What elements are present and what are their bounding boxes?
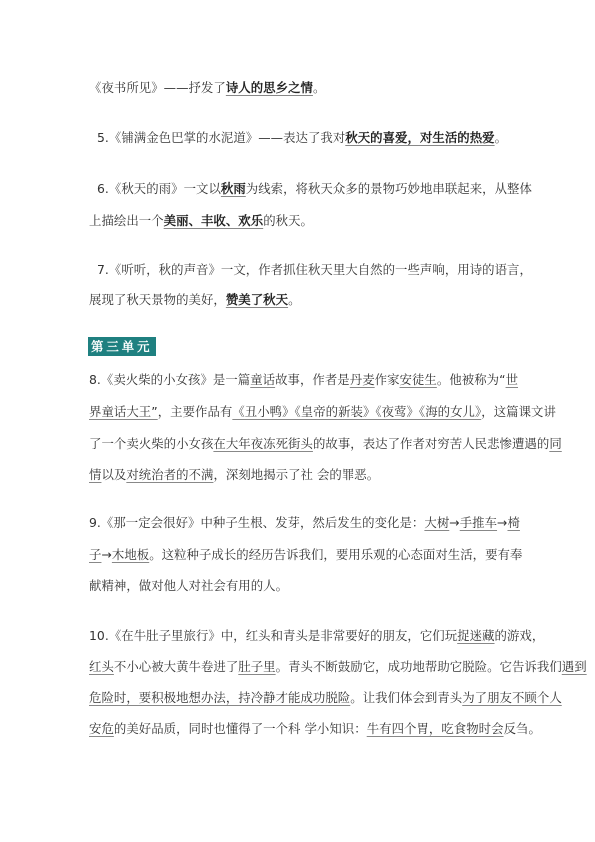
item-10-line-2: 红头不小心被大黄牛卷进了肚子里。青头不断鼓励它，成功地帮助它脱险。它告诉我们遇到 <box>89 659 587 675</box>
text: 。青头不断鼓励它，成功地帮助它脱险。它告诉我们 <box>276 659 562 674</box>
arrow-icon: → <box>101 547 111 562</box>
item-9-line-3: 献精神，做对他人对社会有用的人。 <box>89 578 288 594</box>
key-phrase: 对统治者的不满 <box>126 467 213 482</box>
key-phrase: 牛有四个胃，吃食物时会 <box>367 721 504 736</box>
text: 。这粒种子成长的经历告诉我们，要用乐观的心态面对生活，要有奉 <box>149 547 522 562</box>
key-phrase: 遇到 <box>562 659 587 674</box>
text: 7.《听听，秋的声音》一文，作者抓住秋天里大自然的一些声响，用诗的语言， <box>97 262 532 277</box>
text: 反刍。 <box>504 721 541 736</box>
item-8-line-4: 情以及对统治者的不满，深刻地揭示了社 会的罪恶。 <box>89 467 379 483</box>
key-phrase: 在大年夜冻死街头 <box>213 436 313 451</box>
key-phrase: 为了朋友不顾个人 <box>462 690 562 705</box>
text: 。 <box>495 130 507 145</box>
item-7-line-2: 展现了秋天景物的美好，赞美了秋天。 <box>89 292 301 308</box>
key-phrase: 同 <box>549 436 561 451</box>
key-phrase: 丹麦 <box>350 372 375 387</box>
key-phrase: 危险时，要积极地想办法，持冷静才能成功脱险 <box>89 690 350 705</box>
key-phrase: 手推车 <box>460 515 497 530</box>
key-phrase: 秋雨 <box>221 181 246 196</box>
key-phrase: 肚子里 <box>238 659 275 674</box>
key-phrase: 情 <box>89 467 101 482</box>
key-phrase: 美丽、丰收、欢乐 <box>164 213 264 228</box>
text: 。让我们体会到青头 <box>350 690 462 705</box>
key-phrase: 童话 <box>250 372 275 387</box>
item-9-line-1: 9.《那一定会很好》中种子生根、发芽，然后发生的变化是：大树→手推车→椅 <box>89 515 520 531</box>
text: 。 <box>288 292 300 307</box>
text: 展现了秋天景物的美好， <box>89 292 226 307</box>
text: 以及 <box>101 467 126 482</box>
text: 作家 <box>375 372 400 387</box>
key-phrase: 安危 <box>89 721 114 736</box>
text: 。他被称为“ <box>437 372 506 387</box>
item-8-line-1: 8.《卖火柴的小女孩》是一篇童话故事，作者是丹麦作家安徒生。他被称为“世 <box>89 372 518 388</box>
text: 6.《秋天的雨》一文以 <box>97 181 221 196</box>
text: 10.《在牛肚子里旅行》中，红头和青头是非常要好的朋友，它们玩 <box>89 628 457 643</box>
text: ，深刻地揭示了社 会的罪恶。 <box>213 467 379 482</box>
text-line: 《夜书所见》——抒发了诗人的思乡之情。 <box>89 80 325 96</box>
text: 。 <box>313 80 325 95</box>
text: 了一个卖火柴的小女孩 <box>89 436 213 451</box>
item-5: 5.《铺满金色巴掌的水泥道》——表达了我对秋天的喜爱，对生活的热爱。 <box>97 130 507 146</box>
item-10-line-1: 10.《在牛肚子里旅行》中，红头和青头是非常要好的朋友，它们玩捉迷藏的游戏， <box>89 628 544 644</box>
item-10-line-4: 安危的美好品质，同时也懂得了一个科 学小知识：牛有四个胃，吃食物时会反刍。 <box>89 721 541 737</box>
text: 不小心被大黄牛卷进了 <box>114 659 238 674</box>
text: 的美好品质，同时也懂得了一个科 学小知识： <box>114 721 367 736</box>
text: 献精神，做对他人对社会有用的人。 <box>89 578 288 593</box>
text: 的游戏， <box>495 628 545 643</box>
key-phrase: 秋天的喜爱，对生活的热爱 <box>345 130 494 145</box>
key-phrase: 安徒生 <box>400 372 437 387</box>
text: 的故事，表达了作者对穷苦人民悲惨遭遇的 <box>313 436 549 451</box>
arrow-icon: → <box>449 515 459 530</box>
item-7-line-1: 7.《听听，秋的声音》一文，作者抓住秋天里大自然的一些声响，用诗的语言， <box>97 262 532 278</box>
key-phrase: 诗人的思乡之情 <box>226 80 313 95</box>
text: 故事，作者是 <box>275 372 350 387</box>
section-heading: 第三单元 <box>88 337 156 356</box>
key-phrase: 捉迷藏 <box>457 628 494 643</box>
text: ，主要作品有 <box>158 404 233 419</box>
document-page: 《夜书所见》——抒发了诗人的思乡之情。 5.《铺满金色巴掌的水泥道》——表达了我… <box>0 0 595 842</box>
item-6-line-1: 6.《秋天的雨》一文以秋雨为线索，将秋天众多的景物巧妙地串联起来，从整体 <box>97 181 532 197</box>
key-phrase: 红头 <box>89 659 114 674</box>
key-phrase: 赞美了秋天 <box>226 292 288 307</box>
key-phrase: 大树 <box>424 515 449 530</box>
key-phrase: 界童话大王” <box>89 404 158 419</box>
text: 为线索，将秋天众多的景物巧妙地串联起来，从整体 <box>246 181 532 196</box>
key-phrase: 子 <box>89 547 101 562</box>
text: 9.《那一定会很好》中种子生根、发芽，然后发生的变化是： <box>89 515 424 530</box>
key-phrase: 椅 <box>507 515 519 530</box>
text: 《夜书所见》——抒发了 <box>89 80 226 95</box>
text: 的秋天。 <box>263 213 313 228</box>
arrow-icon: → <box>497 515 507 530</box>
item-6-line-2: 上描绘出一个美丽、丰收、欢乐的秋天。 <box>89 213 313 229</box>
text: 5.《铺满金色巴掌的水泥道》——表达了我对 <box>97 130 345 145</box>
text: ，这篇课文讲 <box>481 404 556 419</box>
key-phrase: 世 <box>506 372 518 387</box>
key-phrase: 木地板 <box>112 547 149 562</box>
item-8-line-2: 界童话大王”，主要作品有《丑小鸭》《皇帝的新装》《夜莺》《海的女儿》，这篇课文讲 <box>89 404 556 420</box>
text: 8.《卖火柴的小女孩》是一篇 <box>89 372 250 387</box>
key-phrase: 《丑小鸭》《皇帝的新装》《夜莺》《海的女儿》 <box>232 404 481 419</box>
item-9-line-2: 子→木地板。这粒种子成长的经历告诉我们，要用乐观的心态面对生活，要有奉 <box>89 547 522 563</box>
text: 上描绘出一个 <box>89 213 164 228</box>
item-8-line-3: 了一个卖火柴的小女孩在大年夜冻死街头的故事，表达了作者对穷苦人民悲惨遭遇的同 <box>89 436 562 452</box>
item-10-line-3: 危险时，要积极地想办法，持冷静才能成功脱险。让我们体会到青头为了朋友不顾个人 <box>89 690 562 706</box>
